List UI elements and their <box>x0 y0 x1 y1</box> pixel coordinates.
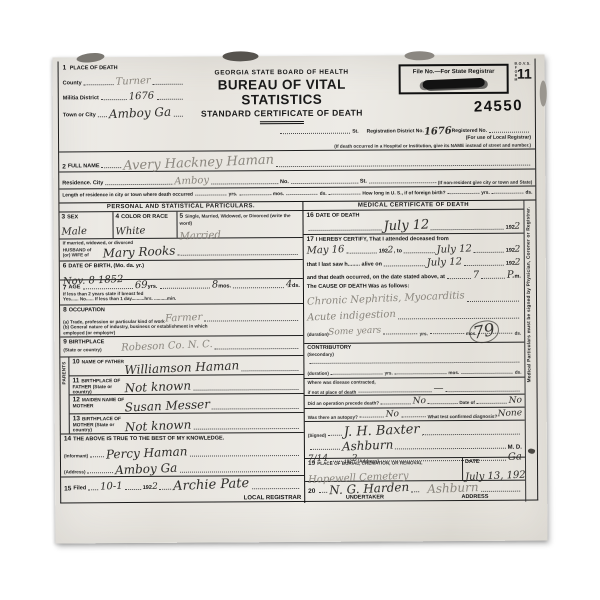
mother-birthplace-row: 13BIRTHPLACE OF MOTHER (State or country… <box>70 413 304 433</box>
mother-birthplace-value: Not known <box>125 419 192 434</box>
attended-to-value: July 12 <box>436 244 472 255</box>
dotted-line <box>331 372 383 374</box>
yrs-label: yrs. <box>385 371 393 377</box>
dotted-line <box>330 460 342 462</box>
dotted-line <box>233 286 283 288</box>
dotted-line <box>492 191 524 193</box>
section-number: 4 <box>115 213 119 220</box>
dotted-line <box>204 319 298 322</box>
father-birthplace-value: Not known <box>124 380 191 395</box>
yrs-label: yrs. <box>229 192 238 198</box>
dotted-line <box>381 459 506 462</box>
occupation-row: 8OCCUPATION (a) Trade, profession or par… <box>60 304 303 338</box>
filed-date-value: 10-1 <box>100 481 123 492</box>
attended-from-year: 2 <box>388 246 394 255</box>
dotted-line <box>280 132 350 134</box>
date-of-death-value: July 12 <box>383 219 429 234</box>
dotted-line <box>369 181 436 183</box>
section-number: 8 <box>63 307 67 314</box>
dotted-line <box>309 361 519 364</box>
dotted-line <box>422 433 520 436</box>
contracted-value: — <box>434 384 444 394</box>
dotted-line <box>473 251 503 253</box>
signature-year-value: 2 <box>352 455 358 464</box>
board-title: GEORGIA STATE BOARD OF HEALTH <box>187 69 377 77</box>
dotted-line <box>193 427 298 430</box>
section-number: 16 <box>306 212 313 219</box>
undertaker-row: 20 N. G. Harden UNDERTAKER Ashburn ADDRE… <box>305 481 525 503</box>
dotted-line <box>481 490 520 492</box>
town-city-field: Town or City Amboy Ga <box>63 107 185 120</box>
age-yrs-label: yrs. <box>148 284 158 291</box>
dotted-line <box>446 390 520 392</box>
town-city-label: Town or City <box>63 112 96 119</box>
informant-attest-label: THE ABOVE IS TRUE TO THE BEST OF MY KNOW… <box>73 436 224 443</box>
st-label: St. <box>352 128 358 136</box>
dotted-line <box>477 401 506 403</box>
mos-label: mos. <box>273 192 284 198</box>
dotted-line <box>329 192 361 194</box>
contracted-label-2: if not at place of death <box>308 390 357 396</box>
father-birthplace-row: 11BIRTHPLACE OF FATHER (State or country… <box>69 375 303 395</box>
mother-name-row: 12MAIDEN NAME OF MOTHER Susan Messer <box>70 394 304 414</box>
autopsy-label: Was there an autopsy? <box>308 414 358 420</box>
county-value: Turner <box>115 76 150 87</box>
residence-no-label: No. <box>280 179 289 186</box>
file-number-box: File No.—For State Registrar <box>399 64 509 95</box>
dotted-line <box>384 264 424 266</box>
test-confirmed-value: None <box>497 409 522 419</box>
dotted-line <box>310 448 340 450</box>
year-prefix: 192 <box>143 485 152 492</box>
dotted-line <box>395 372 447 374</box>
registration-block: St. Registration District No. 1676 Regis… <box>59 125 535 152</box>
physician-signature-section: (Signed) J. H. Baxter Ashburn M. D. 7/14 <box>305 421 525 459</box>
sex-value: Male <box>61 227 87 238</box>
bureau-title: BUREAU OF VITAL STATISTICS <box>187 77 377 108</box>
dotted-line <box>239 193 271 195</box>
dotted-line <box>125 487 141 489</box>
undertaker-address-cell: Ashburn ADDRESS <box>425 481 526 502</box>
yrs-label: yrs. <box>481 190 490 196</box>
mother-birthplace-label: BIRTHPLACE OF MOTHER (State or country) <box>73 417 121 433</box>
dotted-line <box>291 182 358 184</box>
form-number: 11 <box>517 67 532 81</box>
stamped-certificate-number: 24550 <box>473 97 523 116</box>
undertaker-address-value: Ashburn <box>427 481 479 495</box>
autopsy-row: Was there an autopsy? No What test confi… <box>305 407 525 422</box>
dotted-line <box>398 317 519 320</box>
section-number: 12 <box>73 397 80 404</box>
date-of-death-row: 16DATE OF DEATH July 12 192 2 <box>303 210 523 235</box>
duration-label: (duration) <box>307 371 328 377</box>
right-margin-strip: Medical Particulars must be signed by Ph… <box>523 201 537 502</box>
yes-no-label: Yes...... No...... <box>63 297 94 302</box>
dotted-line <box>180 470 299 473</box>
duration-value: Some years <box>328 327 381 338</box>
residence-city-value: Amboy <box>174 176 209 187</box>
section-number: 1 <box>63 64 67 71</box>
parents-section: PARENTS 10NAME OF FATHER Williamson Hama… <box>60 356 303 434</box>
mother-name-value: Susan Messer <box>124 398 210 413</box>
dotted-line <box>193 388 298 391</box>
section-number: 2 <box>62 163 66 170</box>
signed-label: (Signed) <box>308 432 326 438</box>
residence-label: Residence. City <box>62 180 103 187</box>
section-number: 7 <box>63 284 67 291</box>
section-number: 20 <box>308 488 315 495</box>
place-of-death-block: 1 PLACE OF DEATH County Turner Militia D… <box>59 61 187 128</box>
marital-cell: 5Single, Married, Widowed, or Divorced (… <box>177 211 302 238</box>
death-ampm-value: P. <box>506 271 514 281</box>
dotted-line <box>404 251 434 253</box>
dotted-line <box>159 286 209 288</box>
dotted-line <box>360 416 384 418</box>
dotted-line <box>395 447 505 450</box>
cause-of-death-line2: Acute indigestion <box>307 310 396 324</box>
informant-section: 14THE ABOVE IS TRUE TO THE BEST OF MY KN… <box>61 433 304 477</box>
sex-label: SEX <box>67 214 78 220</box>
age-months-value: 8 <box>212 280 219 290</box>
dotted-line <box>448 191 480 193</box>
dotted-line <box>431 228 504 230</box>
death-time-value: 7 <box>472 271 479 281</box>
title-block: GEORGIA STATE BOARD OF HEALTH BUREAU OF … <box>187 60 377 127</box>
dotted-line <box>84 83 114 85</box>
filed-year-value: 2 <box>152 482 158 491</box>
section-number: 10 <box>72 359 79 366</box>
to-label: , to <box>394 249 402 256</box>
full-name-label: FULL NAME <box>68 163 100 170</box>
certify-intro: I HEREBY CERTIFY, That I attended deceas… <box>316 236 449 243</box>
section-number: 14 <box>64 436 71 443</box>
age-ds-label: ds. <box>292 283 300 290</box>
filed-section: 15 Filed 10-1 192 2 Archie Pate LOCAL RE… <box>61 475 304 504</box>
scanned-death-certificate: 1 PLACE OF DEATH County Turner Militia D… <box>53 55 548 544</box>
death-occurred-label: and that death occurred, on the date sta… <box>307 274 445 282</box>
file-number-block: File No.—For State Registrar 24550 B.O.V… <box>377 59 535 126</box>
less-than-day-label: Yes...... No...... If less than 1 day...… <box>63 295 300 302</box>
disease-contracted-row: Where was disease contracted, if not at … <box>304 378 524 396</box>
section-number: 6 <box>63 262 67 269</box>
age-row: 7 AGE 69 yrs. 8 mos. 4 ds. If less than … <box>60 279 303 306</box>
date-of-death-year: 2 <box>515 223 521 232</box>
form-header: 1 PLACE OF DEATH County Turner Militia D… <box>59 59 535 128</box>
local-registrar-label: LOCAL REGISTRAR <box>64 494 301 503</box>
filed-label: Filed <box>73 485 86 492</box>
signature-address-value: Ga <box>508 453 522 464</box>
dotted-line <box>481 277 505 279</box>
personal-column: PERSONAL AND STATISTICAL PARTICULARS. 3S… <box>59 202 305 504</box>
birth-date-label: DATE OF BIRTH, (Mo. da. yr.) <box>68 263 144 269</box>
age-days-value: 4 <box>285 280 292 290</box>
birthplace-sub-label: (State or country) <box>63 347 121 353</box>
last-saw-year: 2 <box>515 259 521 268</box>
certificate-form: 1 PLACE OF DEATH County Turner Militia D… <box>58 59 539 504</box>
operation-label: Did an operation precede death? <box>308 401 380 407</box>
birth-date-row: 6DATE OF BIRTH, (Mo. da. yr.) Nov. 8 185… <box>60 260 303 280</box>
ds-label: ds. <box>515 370 522 376</box>
columns: PERSONAL AND STATISTICAL PARTICULARS. 3S… <box>59 200 537 505</box>
physician-signature: J. H. Baxter <box>344 423 420 439</box>
yrs-label: yrs. <box>420 331 428 337</box>
dotted-line <box>346 252 376 254</box>
occupation-label: OCCUPATION <box>69 308 105 314</box>
father-name-label: NAME OF FATHER <box>82 360 124 365</box>
section-number: 9 <box>63 339 67 346</box>
dotted-line <box>309 229 382 231</box>
dotted-line <box>195 193 227 195</box>
mos-label: mos. <box>448 370 459 376</box>
spouse-label-3: (or) WIFE of <box>63 252 103 258</box>
ds-label: ds. <box>515 330 522 336</box>
race-cell: 4COLOR OR RACE White <box>113 212 177 238</box>
how-long-us-label: How long in U. S., if of foreign birth? <box>362 191 445 197</box>
year-prefix: 192 <box>506 225 515 232</box>
dotted-line <box>358 391 432 393</box>
sex-race-marital-row: 3SEX Male 4COLOR OR RACE White 5Single, … <box>59 211 302 239</box>
dotted-line <box>467 300 519 302</box>
dotted-line <box>153 83 183 85</box>
registration-district-label: Registration District No. <box>367 128 424 136</box>
dotted-line <box>88 488 98 490</box>
militia-district-field: Militia District 1676 <box>63 92 185 103</box>
medical-column: MEDICAL CERTIFICATE OF DEATH 16DATE OF D… <box>303 201 525 503</box>
informant-address-value: Amboy Ga <box>115 461 178 476</box>
signature-address-label: (Address) <box>358 458 379 464</box>
last-saw-value: July 12 <box>426 258 462 269</box>
dotted-line <box>212 407 299 410</box>
dotted-line <box>98 115 107 117</box>
length-label: Length of residence in city or town wher… <box>62 192 193 199</box>
marital-label: Single, Married, Widowed, or Divorced (w… <box>180 213 291 225</box>
dotted-line <box>241 369 298 371</box>
form-number-block: FORM 11 <box>513 66 533 82</box>
local-registrar-signature: Archie Pate <box>173 476 250 492</box>
m-label: m. <box>514 274 520 281</box>
father-name-value: Williamson Haman <box>124 360 239 377</box>
crossed-out-number <box>423 78 485 90</box>
non-resident-note: (If non-resident give city or town and S… <box>438 179 532 185</box>
cause-of-death-line1: Chronic Nephritis, Myocarditis <box>307 291 465 307</box>
stray-mark <box>527 448 535 455</box>
duration-label: (duration) <box>307 331 328 337</box>
county-field: County Turner <box>63 77 185 88</box>
section-number: 3 <box>61 213 65 220</box>
informant-label: (Informant) <box>64 453 88 459</box>
dotted-line <box>82 287 132 289</box>
attended-from-value: May 16 <box>307 245 345 257</box>
dotted-line <box>215 347 299 350</box>
form-code-block: B.O.V.S. FORM 11 <box>513 62 533 82</box>
dotted-line <box>190 454 299 457</box>
autopsy-value: No <box>386 410 400 420</box>
undertaker-value: N. G. Harden <box>329 481 409 496</box>
town-city-value: Amboy Ga <box>109 106 172 121</box>
place-of-death-title: PLACE OF DEATH <box>70 65 118 71</box>
section-number: 17 <box>307 236 314 243</box>
operation-date-value: No <box>508 396 522 406</box>
operation-date-label: Date of <box>459 400 475 406</box>
year-prefix: 192 <box>344 458 352 464</box>
parents-strip: PARENTS <box>60 358 69 434</box>
date-of-death-label: DATE OF DEATH <box>316 213 360 219</box>
informant-value: Percy Haman <box>106 445 188 460</box>
section-number: 11 <box>72 378 79 385</box>
mother-name-label: MAIDEN NAME OF MOTHER <box>73 398 125 409</box>
race-value: White <box>115 227 145 238</box>
dotted-line <box>319 491 327 493</box>
dotted-line <box>447 277 471 279</box>
county-label: County <box>63 81 82 88</box>
dotted-line <box>401 415 425 417</box>
margin-note: Medical Particulars must be signed by Ph… <box>526 207 532 383</box>
residence-st-label: St. <box>360 179 367 186</box>
informant-address-label: (Address) <box>64 469 85 475</box>
dotted-line <box>90 455 104 457</box>
spouse-row: If married, widowed, or divorced HUSBAND… <box>60 238 303 261</box>
dotted-line <box>87 471 113 473</box>
age-label: AGE <box>69 284 81 291</box>
dotted-line <box>328 434 342 436</box>
parents-label: PARENTS <box>61 362 66 385</box>
certificate-subtitle: STANDARD CERTIFICATE OF DEATH <box>187 108 377 119</box>
ds-label: ds. <box>320 191 327 197</box>
dotted-line <box>252 487 299 489</box>
dotted-line <box>461 372 513 374</box>
ds-label: ds. <box>525 190 532 196</box>
less-day-label: If less than 1 day..........hrs. .......… <box>95 296 176 301</box>
dotted-line <box>160 487 172 489</box>
dotted-line <box>412 490 420 492</box>
signature-date-value: 7/14 <box>308 455 329 465</box>
operation-value: No <box>412 397 426 407</box>
father-name-row: 10NAME OF FATHER Williamson Haman <box>69 356 303 376</box>
birthplace-label: BIRTHPLACE <box>69 340 104 346</box>
physician-town: Ashburn <box>342 439 394 453</box>
year-prefix: 192 <box>379 249 388 256</box>
dotted-line <box>428 402 457 404</box>
test-confirmed-label: What test confirmed diagnosis? <box>428 413 498 419</box>
dotted-line <box>177 253 297 256</box>
year-prefix: 192 <box>506 248 515 255</box>
birthplace-row: 9BIRTHPLACE (State or country) Robeson C… <box>60 336 303 357</box>
race-label: COLOR OR RACE <box>121 214 168 220</box>
last-saw-label: that I last saw h........ alive on <box>307 262 382 269</box>
age-mos-label: mos. <box>218 283 231 290</box>
militia-district-label: Militia District <box>63 95 99 102</box>
section-number: 15 <box>64 485 71 492</box>
file-number-label: File No.—For State Registrar <box>401 66 507 76</box>
md-label: M. D. <box>508 445 522 451</box>
dotted-line <box>464 264 504 266</box>
dotted-line <box>384 332 418 334</box>
birthplace-value: Robeson Co. N. C. <box>121 340 213 354</box>
section-number: 13 <box>73 416 80 423</box>
dotted-line <box>276 164 530 168</box>
dotted-line <box>157 98 183 100</box>
dotted-line <box>101 98 127 100</box>
sex-cell: 3SEX Male <box>59 212 113 238</box>
section-number: 5 <box>179 213 183 220</box>
dotted-line <box>101 166 121 168</box>
cause-of-death-label: The CAUSE OF DEATH Was as follows: <box>307 283 521 291</box>
dotted-line <box>430 332 464 334</box>
occupation-b-label: (b) General nature of industry, business… <box>63 324 213 336</box>
father-birthplace-label: BIRTHPLACE OF FATHER (State or country) <box>73 379 121 395</box>
dotted-line <box>105 183 172 185</box>
dotted-line <box>286 192 318 194</box>
certification-section: 17I HEREBY CERTIFY, That I attended dece… <box>304 234 525 344</box>
year-prefix: 192 <box>506 261 515 268</box>
title-rule <box>260 121 304 124</box>
militia-district-value: 1676 <box>129 92 155 103</box>
place-of-death-label: 1 PLACE OF DEATH <box>63 64 185 73</box>
paper-tear <box>540 80 547 106</box>
dotted-line <box>489 131 529 133</box>
dotted-line <box>211 182 278 184</box>
registration-district-value: 1676 <box>424 127 452 138</box>
spouse-value: Mary Rooks <box>102 244 175 259</box>
attended-to-year: 2 <box>515 246 521 255</box>
scrawled-number: 79 <box>468 318 501 345</box>
dotted-line <box>381 402 410 404</box>
age-years-value: 69 <box>135 281 148 292</box>
contributory-section: CONTRIBUTORY (Secondary) (duration) yrs.… <box>304 343 524 379</box>
dotted-line <box>173 115 182 117</box>
